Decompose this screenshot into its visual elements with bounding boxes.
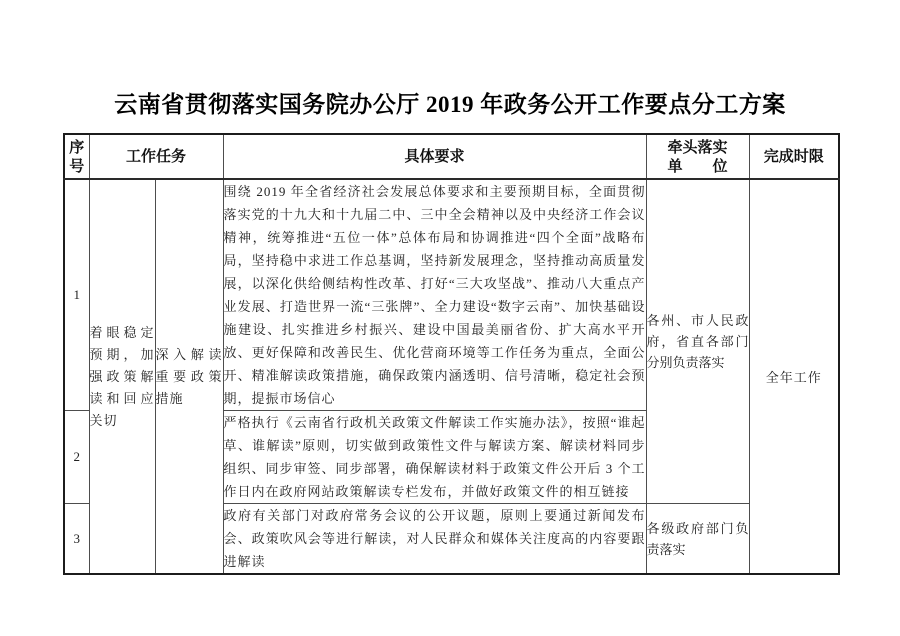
column-header-requirement: 具体要求: [223, 134, 646, 179]
column-header-deadline: 完成时限: [749, 134, 839, 179]
requirement-cell: 政府有关部门对政府常务会议的公开议题，原则上要通过新闻发布会、政策吹风会等进行解…: [223, 504, 646, 575]
table-header-row: 序号 工作任务 具体要求 牵头落实 单 位 完成时限: [64, 134, 839, 179]
deadline-cell: 全年工作: [749, 179, 839, 574]
lead-unit-cell: 各级政府部门负责落实: [646, 504, 749, 575]
row-number: 3: [64, 504, 89, 575]
task-category-cell: 着眼稳定预期，加强政策解读和回应关切: [89, 179, 155, 574]
document-page: 云南省贯彻落实国务院办公厅 2019 年政务公开工作要点分工方案 序号 工作任务…: [0, 0, 900, 636]
requirement-cell: 围绕 2019 年全省经济社会发展总体要求和主要预期目标，全面贯彻落实党的十九大…: [223, 179, 646, 411]
task-item-cell: 深入解读重要政策措施: [155, 179, 223, 574]
column-header-lead-unit: 牵头落实 单 位: [646, 134, 749, 179]
row-number: 1: [64, 179, 89, 411]
work-plan-table: 序号 工作任务 具体要求 牵头落实 单 位 完成时限 1 着眼稳定预期，加强政策…: [63, 133, 840, 575]
column-header-lead-unit-line1: 牵头落实: [647, 138, 749, 157]
column-header-no: 序号: [64, 134, 89, 179]
lead-unit-cell: 各州、市人民政府，省直各部门分别负责落实: [646, 179, 749, 504]
column-header-lead-unit-line2: 单 位: [647, 157, 749, 176]
table-row: 1 着眼稳定预期，加强政策解读和回应关切 深入解读重要政策措施 围绕 2019 …: [64, 179, 839, 411]
row-number: 2: [64, 411, 89, 504]
requirement-cell: 严格执行《云南省行政机关政策文件解读工作实施办法》，按照“谁起草、谁解读”原则，…: [223, 411, 646, 504]
document-title: 云南省贯彻落实国务院办公厅 2019 年政务公开工作要点分工方案: [0, 0, 900, 119]
column-header-task: 工作任务: [89, 134, 223, 179]
